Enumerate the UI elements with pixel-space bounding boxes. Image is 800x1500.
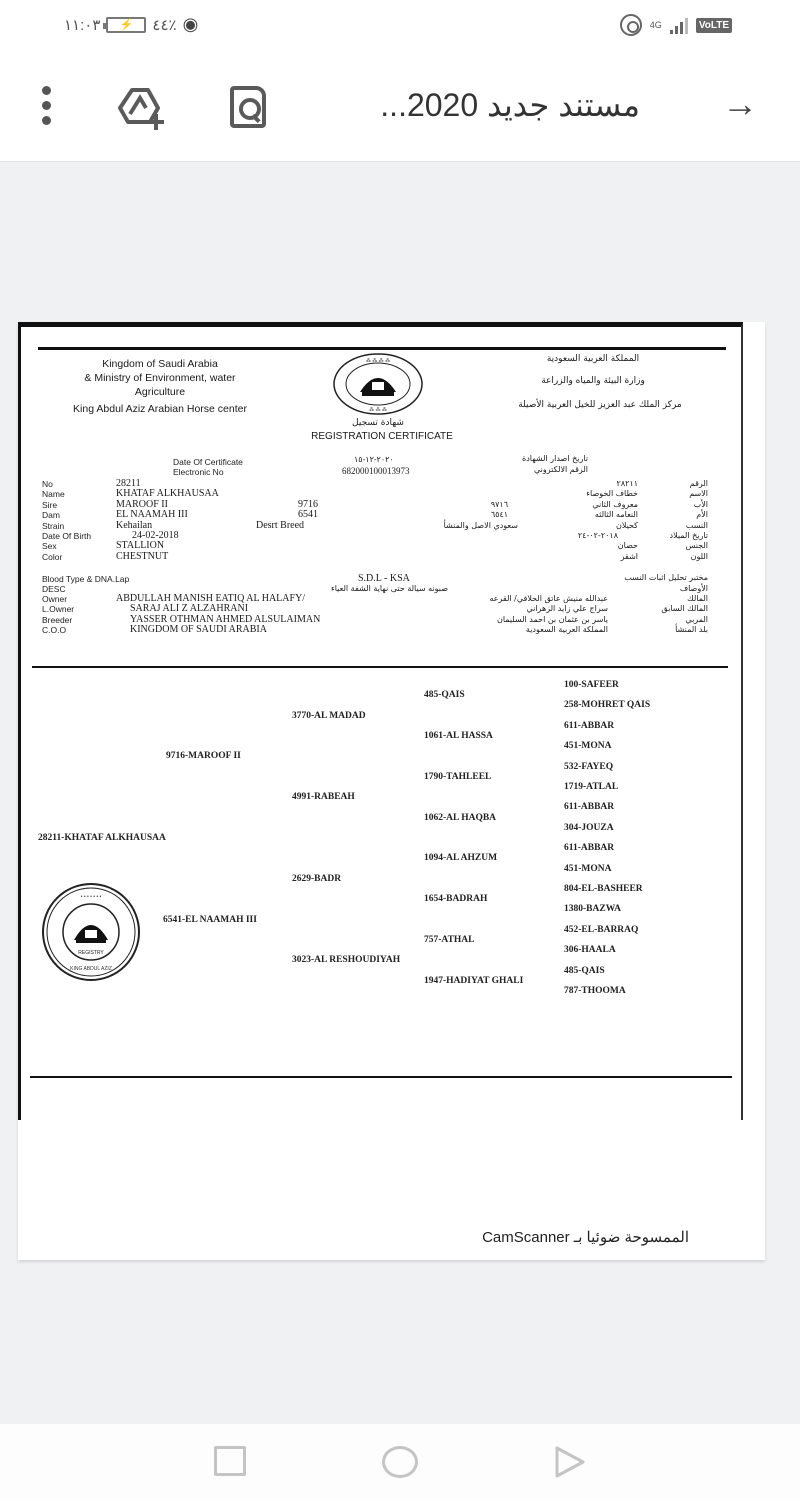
top-rule: [38, 347, 726, 350]
eye-comfort-icon: ◉: [183, 14, 199, 35]
pedigree-gen4: 532-FAYEQ: [564, 762, 613, 772]
pedigree-gen3: 1094-AL AHZUM: [424, 853, 497, 863]
signal-icon: [670, 16, 688, 34]
electronic-label-ar: الرقم الالكتروني: [498, 465, 588, 474]
field-value-ar: ٢٨٢١١: [538, 479, 638, 488]
field-extra-ar: سعودي الاصل والمنشأ: [408, 521, 518, 530]
camscanner-watermark: الممسوحة ضوئيا بـ CamScanner: [482, 1228, 689, 1246]
electronic-label: Electronic No: [173, 467, 224, 477]
arrow-right-icon[interactable]: →: [722, 86, 758, 122]
pedigree-gen4: 451-MONA: [564, 864, 612, 874]
field-value-ar: حصان: [538, 541, 638, 550]
header-ar-line2: وزارة البيئة والمياه والزراعة: [518, 376, 668, 386]
blood-value: S.D.L - KSA: [358, 573, 410, 584]
field-value: 24-02-2018: [132, 530, 179, 541]
field-value: STALLION: [116, 540, 164, 551]
owner-label: L.Owner: [42, 604, 74, 614]
field-value-ar: ٢٠١٨-٠٢-٢٤: [518, 531, 618, 540]
pedigree-gen4: 611-ABBAR: [564, 843, 614, 853]
owner-value: SARAJ ALI Z ALZAHRANI: [130, 603, 248, 614]
certificate-title-ar: شهادة تسجيل: [338, 418, 418, 428]
pedigree-gen4: 787-THOOMA: [564, 986, 626, 996]
hotspot-icon: [620, 14, 642, 36]
field-label: Name: [42, 489, 65, 499]
electronic-value: 682000100013973: [342, 466, 410, 476]
pedigree-gen4: 804-EL-BASHEER: [564, 884, 643, 894]
owner-label: Owner: [42, 594, 67, 604]
owner-value: ABDULLAH MANISH EATIQ AL HALAFY/: [116, 593, 305, 604]
field-value-ar: النعامه الثالثه: [538, 510, 638, 519]
pedigree-gen4: 485-QAIS: [564, 966, 605, 976]
pedigree-gen3: 1947-HADIYAT GHALI: [424, 976, 523, 986]
pedigree-gen1: 6541-EL NAAMAH III: [163, 915, 257, 925]
field-value: MAROOF II: [116, 499, 168, 510]
field-label-ar: تاريخ الميلاد: [618, 531, 708, 540]
pedigree-gen4: 304-JOUZA: [564, 823, 614, 833]
owner-label-ar: المالك السابق: [618, 604, 708, 613]
pedigree-gen2: 3023-AL RESHOUDIYAH: [292, 955, 400, 965]
field-value: EL NAAMAH III: [116, 509, 188, 520]
field-value: KHATAF ALKHAUSAA: [116, 488, 219, 499]
field-label: No: [42, 479, 53, 489]
owner-value-ar: المملكة العربية السعودية: [448, 625, 608, 634]
network-type: 4G: [650, 21, 662, 30]
battery-percent: ٤٤٪: [152, 16, 176, 34]
share-drive-icon[interactable]: [118, 86, 168, 132]
certificate-title-en: REGISTRATION CERTIFICATE: [302, 431, 462, 442]
pedigree-gen4: 451-MONA: [564, 741, 612, 751]
header-en-line3: Agriculture: [80, 386, 240, 398]
pedigree-gen4: 1719-ATLAL: [564, 782, 618, 792]
owner-value: KINGDOM OF SAUDI ARABIA: [130, 624, 267, 635]
pedigree-gen1: 9716-MAROOF II: [166, 751, 241, 761]
pedigree-gen3: 1061-AL HASSA: [424, 731, 493, 741]
pedigree-gen3: 485-QAIS: [424, 690, 465, 700]
field-value: CHESTNUT: [116, 551, 168, 562]
volte-badge: VoLTE: [696, 18, 732, 33]
header-en-line2: & Ministry of Environment, water: [60, 372, 260, 384]
owner-label: C.O.O: [42, 625, 66, 635]
search-document-icon[interactable]: [230, 86, 266, 128]
field-extra-ar: ٩٧١٦: [398, 500, 508, 509]
pedigree-gen4: 258-MOHRET QAIS: [564, 700, 650, 710]
pedigree-gen2: 4991-RABEAH: [292, 792, 355, 802]
field-value-ar: معروف الثاني: [538, 500, 638, 509]
field-extra: 6541: [298, 509, 318, 520]
date-label-ar: تاريخ اصدار الشهادة: [498, 454, 588, 463]
field-extra: Desrt Breed: [256, 520, 304, 531]
field-label: Sire: [42, 500, 57, 510]
pedigree-gen3: 1654-BADRAH: [424, 894, 487, 904]
svg-text:KING ABDUL AZIZ: KING ABDUL AZIZ: [70, 966, 112, 972]
field-label: Sex: [42, 541, 57, 551]
owner-value-ar: عبدالله منيش عاتق الحلافي/ القرعه: [448, 594, 608, 603]
svg-text:• • • • • • •: • • • • • • •: [81, 894, 102, 900]
header-ar-line1: المملكة العربية السعودية: [518, 354, 668, 364]
recents-square-icon[interactable]: [214, 1446, 246, 1476]
desc-value-ar: صبونه سيالة حتى نهاية الشفة العياء: [308, 584, 448, 593]
pedigree-gen2: 2629-BADR: [292, 874, 341, 884]
document-title: مستند جديد 2020...: [380, 86, 640, 124]
field-label: Date Of Birth: [42, 531, 91, 541]
home-circle-icon[interactable]: [382, 1446, 418, 1478]
owner-label-ar: بلد المنشأ: [618, 625, 708, 634]
svg-text:⁂ ⁂ ⁂ ⁂: ⁂ ⁂ ⁂ ⁂: [366, 358, 390, 364]
field-value-ar: اشقر: [538, 552, 638, 561]
field-value-ar: كحيلان: [538, 521, 638, 530]
field-value: 28211: [116, 478, 141, 489]
middle-rule: [32, 666, 728, 668]
pedigree-gen3: 757-ATHAL: [424, 935, 475, 945]
desc-label-ar: الأوصاف: [638, 584, 708, 593]
owner-value-ar: ياسر بن عثمان بن احمد السليمان: [448, 615, 608, 624]
field-label: Strain: [42, 521, 64, 531]
pedigree-gen4: 100-SAFEER: [564, 680, 619, 690]
bottom-rule: [30, 1076, 732, 1078]
status-left: ١١:٠٣ ⚡ ٤٤٪ ◉: [64, 14, 198, 35]
pedigree-subject: 28211-KHATAF ALKHAUSAA: [38, 833, 166, 843]
pedigree-gen4: 1380-BAZWA: [564, 904, 621, 914]
owner-value: YASSER OTHMAN AHMED ALSULAIMAN: [130, 614, 320, 625]
owner-label-ar: المالك: [618, 594, 708, 603]
owner-value-ar: سراج علي زايد الزهراني: [448, 604, 608, 613]
back-triangle-icon[interactable]: [554, 1446, 586, 1478]
svg-text:REGISTRY: REGISTRY: [78, 950, 104, 956]
status-bar: ١١:٠٣ ⚡ ٤٤٪ ◉ 4G VoLTE: [0, 0, 800, 56]
field-label: Color: [42, 552, 62, 562]
field-value: Kehailan: [116, 520, 152, 531]
owner-label: Breeder: [42, 615, 72, 625]
blood-label: Blood Type & DNA.Lap: [42, 574, 129, 584]
official-seal-icon: REGISTRY KING ABDUL AZIZ • • • • • • •: [40, 882, 142, 982]
navigation-bar: [0, 1424, 800, 1500]
status-right: 4G VoLTE: [620, 14, 732, 36]
field-extra-ar: ٦٥٤١: [398, 510, 508, 519]
pedigree-gen4: 611-ABBAR: [564, 721, 614, 731]
header-en-line1: Kingdom of Saudi Arabia: [80, 358, 240, 370]
clock: ١١:٠٣: [64, 16, 100, 34]
pedigree-gen3: 1062-AL HAQBA: [424, 813, 496, 823]
more-vert-icon[interactable]: [42, 86, 54, 131]
date-value: ٢٠٢٠-١٢-١٥: [354, 455, 394, 464]
pedigree-gen4: 611-ABBAR: [564, 802, 614, 812]
kaahc-logo-icon: ⁂ ⁂ ⁂ ⁂ ⁂ ⁂ ⁂: [332, 352, 424, 416]
battery-charging-icon: ⚡: [106, 17, 146, 33]
header-ar-line3: مركز الملك عبد العزيز للخيل العربية الأص…: [510, 400, 690, 410]
header-en-line4: King Abdul Aziz Arabian Horse center: [50, 403, 270, 415]
owner-label-ar: المربي: [618, 615, 708, 624]
field-extra: 9716: [298, 499, 318, 510]
svg-text:⁂ ⁂ ⁂: ⁂ ⁂ ⁂: [369, 407, 387, 413]
pedigree-gen4: 306-HAALA: [564, 945, 616, 955]
pedigree-gen4: 452-EL-BARRAQ: [564, 925, 638, 935]
app-bar: → مستند جديد 2020...: [0, 56, 800, 162]
document-page: Kingdom of Saudi Arabia & Ministry of En…: [18, 322, 765, 1260]
desc-label: DESC: [42, 584, 66, 594]
date-label: Date Of Certificate: [173, 457, 243, 467]
blood-label-ar: مختبر تحليل اثبات النسب: [598, 573, 708, 582]
field-value-ar: خطاف الخوصاء: [538, 489, 638, 498]
pedigree-gen2: 3770-AL MADAD: [292, 711, 366, 721]
field-label: Dam: [42, 510, 60, 520]
pedigree-gen3: 1790-TAHLEEL: [424, 772, 491, 782]
